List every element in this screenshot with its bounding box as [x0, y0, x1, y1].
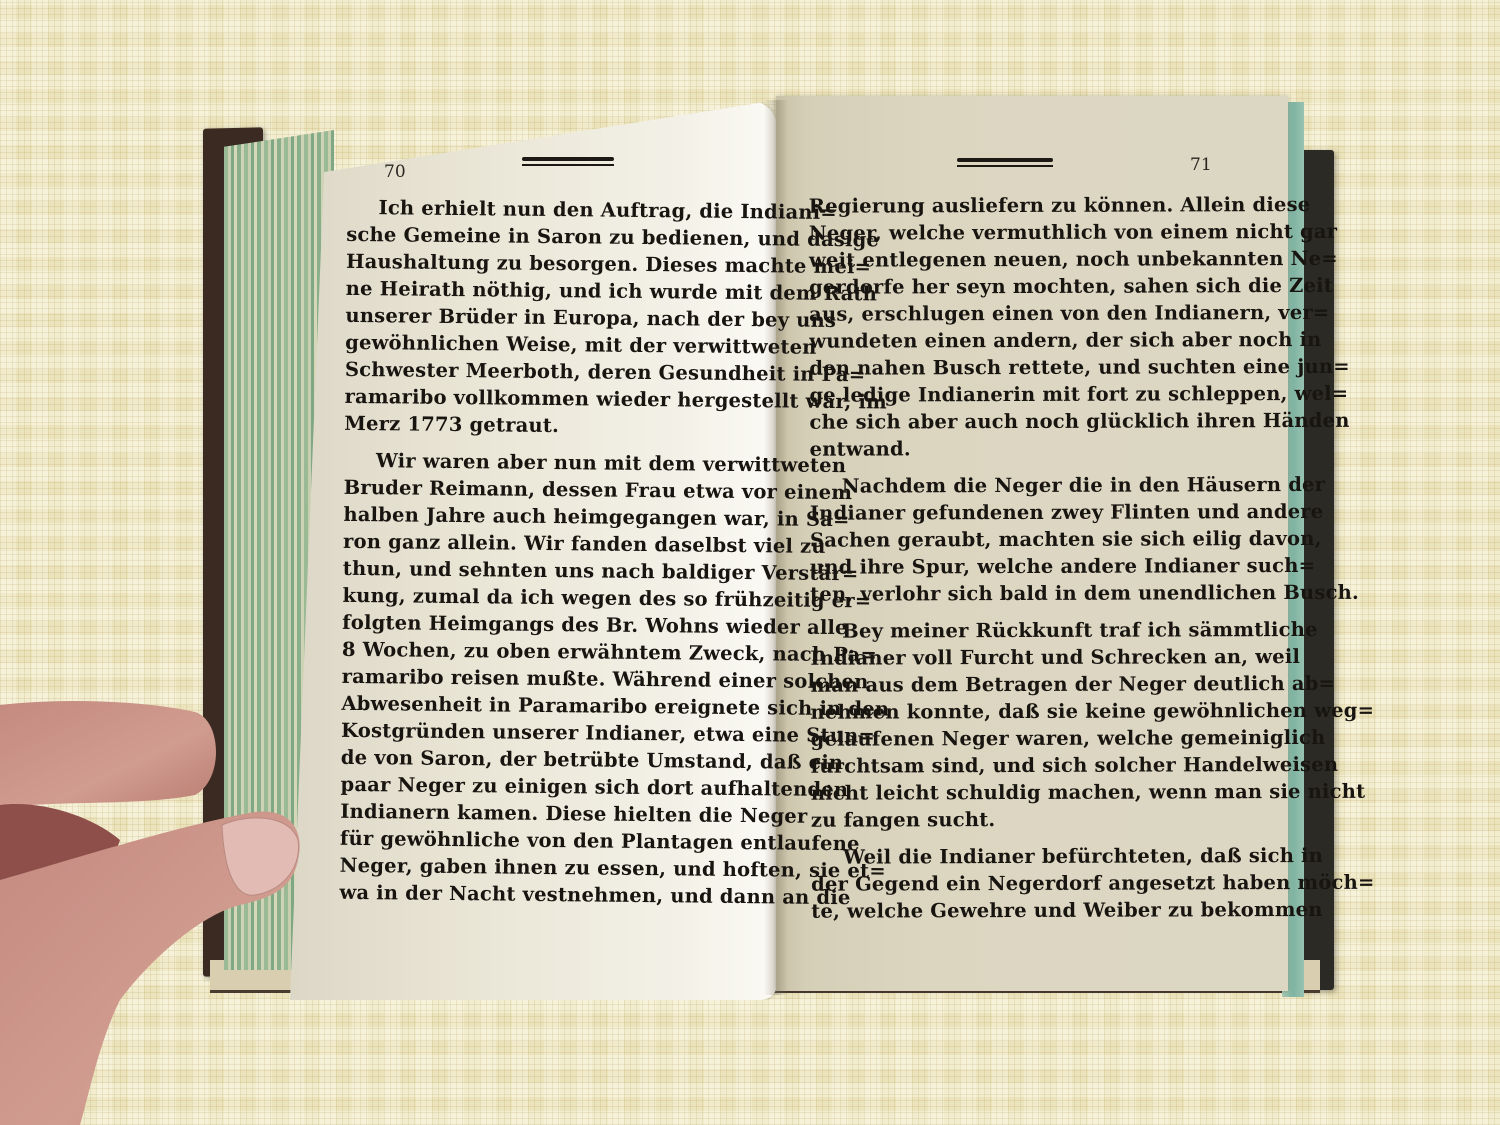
text-line: Nachdem die Neger die in den Häusern der [810, 471, 1214, 499]
book-photo-scene: 70 71 Ich erhielt nun den Auftrag, die I… [0, 0, 1500, 1125]
text-line: ne Heirath nöthig, und ich wurde mit dem… [346, 275, 761, 306]
header-ornament-rule-left [522, 157, 614, 161]
text-line: den nahen Busch rettete, und suchten ein… [809, 353, 1213, 381]
text-line: gerdorfe her seyn mochten, sahen sich di… [809, 272, 1213, 300]
text-line: Neger, welche vermuthlich von einem nich… [809, 218, 1213, 246]
text-line: gewöhnlichen Weise, mit der verwittweten [345, 329, 760, 360]
text-line: für gewöhnliche von den Plantagen entlau… [340, 825, 755, 856]
text-line: Abwesenheit in Paramaribo ereignete sich… [341, 690, 756, 721]
text-line: ten, verlohr sich bald in dem unendliche… [810, 579, 1214, 607]
text-line: de von Saron, der betrübte Umstand, daß … [341, 744, 756, 775]
text-line: Bey meiner Rückkunft traf ich sämmtliche [810, 616, 1214, 644]
text-line: che sich aber auch noch glücklich ihren … [809, 407, 1213, 435]
text-line: gelaufenen Neger waren, welche gemeinigl… [811, 724, 1215, 752]
text-line: der Gegend ein Negerdorf angesetzt haben… [811, 869, 1215, 897]
text-line: Neger, gaben ihnen zu essen, und hoften,… [340, 852, 755, 883]
text-line: Kostgründen unserer Indianer, etwa eine … [341, 717, 756, 748]
text-line: unserer Brüder in Europa, nach der bey u… [345, 302, 760, 333]
text-line: wundeten einen andern, der sich aber noc… [809, 326, 1213, 354]
text-line: furchtsam sind, und sich solcher Handelw… [811, 751, 1215, 779]
text-line: ramaribo reisen mußte. Während einer sol… [342, 663, 757, 694]
text-line: Indianern kamen. Diese hielten die Neger [340, 798, 755, 829]
text-line: ron ganz allein. Wir fanden daselbst vie… [343, 528, 758, 559]
text-line: te, welche Gewehre und Weiber zu bekomme… [811, 896, 1215, 924]
text-line: Schwester Meerboth, deren Gesundheit in … [345, 356, 760, 387]
text-line: Indianer voll Furcht und Schrecken an, w… [810, 643, 1214, 671]
text-line: Merz 1773 getraut. [344, 410, 759, 441]
text-line: Wir waren aber nun mit dem verwittweten [344, 447, 759, 478]
middle-finger [0, 804, 120, 881]
text-line: und ihre Spur, welche andere Indianer su… [810, 552, 1214, 580]
text-line: kung, zumal da ich wegen des so frühzeit… [342, 582, 757, 613]
text-line: 8 Wochen, zu oben erwähntem Zweck, nach … [342, 636, 757, 667]
text-line: Haushaltung zu besorgen. Dieses machte m… [346, 248, 761, 279]
text-line: Sachen geraubt, machten sie sich eilig d… [810, 525, 1214, 553]
text-line: wa in der Nacht vestnehmen, und dann an … [339, 879, 754, 910]
text-line: Regierung ausliefern zu können. Allein d… [809, 191, 1213, 219]
text-line: zu fangen sucht. [811, 805, 1215, 833]
header-ornament-rule-right [957, 158, 1053, 162]
left-page-text: Ich erhielt nun den Auftrag, die Indiani… [339, 194, 761, 910]
text-line: sche Gemeine in Saron zu bedienen, und d… [346, 221, 761, 252]
text-line: Weil die Indianer befürchteten, daß sich… [811, 842, 1215, 870]
text-line: ge ledige Indianerin mit fort zu schlepp… [809, 380, 1213, 408]
text-line: aus, erschlugen einen von den Indianern,… [809, 299, 1213, 327]
text-line: halben Jahre auch heimgegangen war, in S… [343, 501, 758, 532]
text-line: entwand. [810, 434, 1214, 462]
text-line: nicht leicht schuldig machen, wenn man s… [811, 778, 1215, 806]
text-line: folgten Heimgangs des Br. Wohns wieder a… [342, 609, 757, 640]
text-line: ramaribo vollkommen wieder hergestellt w… [344, 383, 759, 414]
right-page-text: Regierung ausliefern zu können. Allein d… [809, 191, 1216, 924]
text-line: thun, und sehnten uns nach baldiger Vers… [343, 555, 758, 586]
text-line: man aus dem Betragen der Neger deutlich … [810, 670, 1214, 698]
page-number-left: 70 [384, 162, 406, 182]
text-line: Indianer gefundenen zwey Flinten und and… [810, 498, 1214, 526]
text-line: weit entlegenen neuen, noch unbekannten … [809, 245, 1213, 273]
text-line: Ich erhielt nun den Auftrag, die Indiani… [346, 194, 761, 225]
text-line: nehmen konnte, daß sie keine gewöhnliche… [810, 697, 1214, 725]
text-line: paar Neger zu einigen sich dort aufhalte… [340, 771, 755, 802]
page-number-right: 71 [1190, 155, 1212, 175]
index-finger [0, 701, 216, 808]
text-line: Bruder Reimann, dessen Frau etwa vor ein… [344, 474, 759, 505]
